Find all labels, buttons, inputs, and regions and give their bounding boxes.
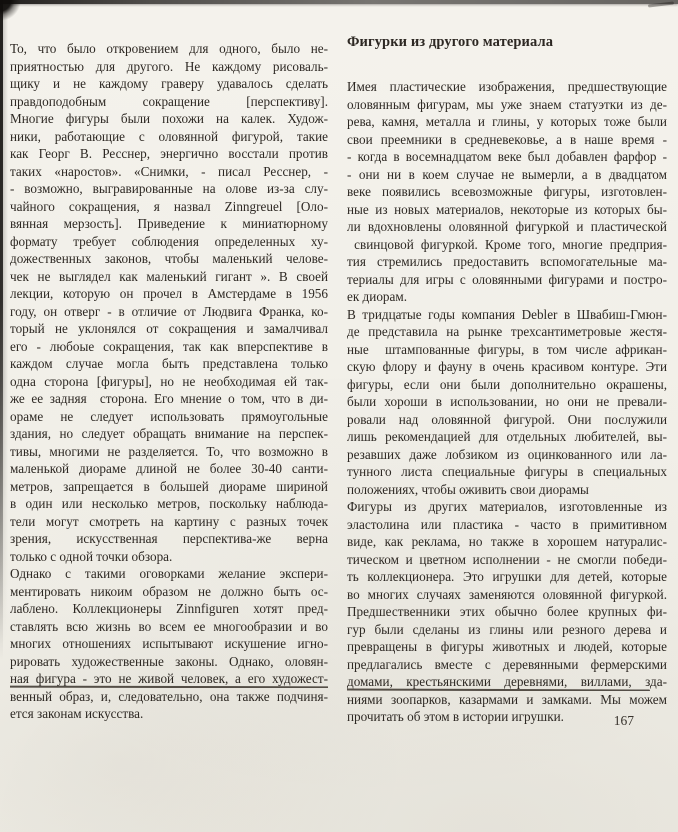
text-line: ровали над оловянной фигурой. Они послуж… xyxy=(347,411,667,429)
text-line: веке появились всевозможные фигуры, изго… xyxy=(347,183,667,201)
binding-shadow-left xyxy=(0,0,3,750)
text-line: де представила на рынке трехсантиметровы… xyxy=(347,323,667,341)
text-line: тия стремились предоставить вспомогатель… xyxy=(347,253,667,271)
text-line: щику и не каждому граверу удавалось сдел… xyxy=(10,75,328,93)
text-line: резавших даже лобзиком из оцинкованного … xyxy=(347,446,667,464)
text-line: ставлять всю жизнь во всем ее многообраз… xyxy=(10,618,328,636)
text-line: свинцовой фигуркой. Кроме того, многие п… xyxy=(347,236,667,254)
text-line: здания, но следует обращать внимание на … xyxy=(10,425,328,443)
text-line: ментировать никоим образом не должно быт… xyxy=(10,583,328,601)
text-line: его - любоые сокращения, так как вперспе… xyxy=(10,338,328,356)
text-line: лекции, которую он прочел в Амстердаме в… xyxy=(10,285,328,303)
text-line: дожественных законов, чтобы маленький че… xyxy=(10,250,328,268)
text-line: Многие фигуры были похожи на калек. Худо… xyxy=(10,110,328,128)
text-line: скую флору и фауну в очень красивом конт… xyxy=(347,358,667,376)
text-line: во многих случаях заменяются оловянной ф… xyxy=(347,586,667,604)
text-line: - когда в восемнадцатом веке был добавле… xyxy=(347,148,667,166)
text-line: многих отношениях испытывают искушение и… xyxy=(10,635,328,653)
book-page: То, что было откровением для одного, был… xyxy=(0,0,678,832)
text-line: только с одной точки обзора. xyxy=(10,548,328,566)
paragraph: Однако с такими оговорками желание экспе… xyxy=(10,565,328,723)
text-line: В тридцатые годы компания Debler в Шваби… xyxy=(347,306,667,324)
text-line: лаблено. Коллекционеры Zinnfiguren хотят… xyxy=(10,600,328,618)
text-line: То, что было откровением для одного, был… xyxy=(10,40,328,58)
text-line: одна сторона [фигуры], но не необходимая… xyxy=(10,373,328,391)
text-line: - они ни в коем случае не вымерли, а в д… xyxy=(347,166,667,184)
paragraph: Имея пластические изображения, предшеств… xyxy=(347,78,667,306)
text-line: предлагались вместе с деревянными фермер… xyxy=(347,656,667,674)
text-line: ораме не следует использовать прямоуголь… xyxy=(10,408,328,426)
text-line: году, он отверг - в отличие от Людвига Ф… xyxy=(10,303,328,321)
page-edge-top-shadow xyxy=(0,0,678,4)
text-line: зрения, искусственная перспектива-же вер… xyxy=(10,530,328,548)
pen-underlined-text-line: домами, крестьянскими деревнями, виллами… xyxy=(347,673,667,691)
text-line: в один или несколько метров, поскольку н… xyxy=(10,495,328,513)
text-line: таких «наростов». «Снимки, - писал Рессн… xyxy=(10,163,328,181)
text-line: метров, запрещается в большей диораме ши… xyxy=(10,478,328,496)
text-line: ные штампованные фигуры, в том числе афр… xyxy=(347,341,667,359)
text-line: Однако с такими оговорками желание экспе… xyxy=(10,565,328,583)
page-corner-top-left-shadow xyxy=(0,0,32,32)
text-line: ные из новых материалов, некоторые из ко… xyxy=(347,201,667,219)
right-column-body: Имея пластические изображения, предшеств… xyxy=(347,78,667,726)
text-line: - возможно, выгравированные на олове из-… xyxy=(10,180,328,198)
text-line: ли вдохновлены оловянной фигуркой и плас… xyxy=(347,218,667,236)
paragraph: Фигуры из других материалов, изготовленн… xyxy=(347,498,667,726)
text-line: рировать художественные законы. Однако, … xyxy=(10,653,328,671)
text-line: ники, работающие с оловянной фигурой, та… xyxy=(10,128,328,146)
text-line: тунного листа специальные фигуры в специ… xyxy=(347,463,667,481)
paragraph: То, что было откровением для одного, был… xyxy=(10,40,328,565)
text-line: чайного сокращения, я назвал Zinngreuel … xyxy=(10,198,328,216)
text-line: териалы для игры с оловянными фигурами и… xyxy=(347,271,667,289)
text-line: приятностью для другого. Не каждому рисо… xyxy=(10,58,328,76)
text-line: ниями зоопарков, казармами и замками. Мы… xyxy=(347,691,667,709)
text-line: Предшественники этих обычно более крупны… xyxy=(347,603,667,621)
text-line: же ее задняя сторона. Его мнение о том, … xyxy=(10,390,328,408)
text-line: эластолина или пластика - часто в примит… xyxy=(347,516,667,534)
section-heading: Фигурки из другого материала xyxy=(347,33,667,51)
text-line: ется законам искусства. xyxy=(10,705,328,723)
text-line: венный образ, и, следовательно, она такж… xyxy=(10,688,328,706)
text-line: как Георг В. Ресснер, энергично восстали… xyxy=(10,145,328,163)
text-line: чек не выглядел как маленький гигант ». … xyxy=(10,268,328,286)
pen-underlined-text-line: ная фигура - это не живой человек, а его… xyxy=(10,670,328,688)
text-line: тическом и цветном исполнении - не смогл… xyxy=(347,551,667,569)
text-line: торый не уклонялся от сокращения и замал… xyxy=(10,320,328,338)
text-line: были хороши в использовании, но они не п… xyxy=(347,393,667,411)
text-line: гур были сделаны из глины или резного де… xyxy=(347,621,667,639)
page-number: 167 xyxy=(614,712,634,729)
text-line: свои преемники в средневековье, а в наше… xyxy=(347,131,667,149)
text-line: лишь рекомендацией для отдельных любител… xyxy=(347,428,667,446)
text-line: правдоподобным сокращение [перспективу]. xyxy=(10,93,328,111)
text-line: Фигуры из других материалов, изготовленн… xyxy=(347,498,667,516)
left-text-column: То, что было откровением для одного, был… xyxy=(10,40,328,723)
text-line: маленькой диораме длиной не более 30-40 … xyxy=(10,460,328,478)
text-line: тивы, многими не разделяется. То, что во… xyxy=(10,443,328,461)
text-line: каждом случае могла быть представлена то… xyxy=(10,355,328,373)
text-line: тели могут смотреть на картину с разных … xyxy=(10,513,328,531)
text-line: оловянным фигурам, мы уже знаем статуэтк… xyxy=(347,96,667,114)
text-line: ть коллекционера. Это игрушки для детей,… xyxy=(347,568,667,586)
text-line: виде, как реклама, но также в хорошем на… xyxy=(347,533,667,551)
text-line: ек диорам. xyxy=(347,288,667,306)
text-line: положениях, чтобы оживить свои диорамы xyxy=(347,481,667,499)
text-line: Имея пластические изображения, предшеств… xyxy=(347,78,667,96)
right-text-column: Фигурки из другого материала Имея пласти… xyxy=(347,33,667,726)
text-line: превращены в фигуры животных и людей, ко… xyxy=(347,638,667,656)
text-line: формату требует соблюдения определенных … xyxy=(10,233,328,251)
paragraph: В тридцатые годы компания Debler в Шваби… xyxy=(347,306,667,499)
text-line: фигуры, если они были дополнительно окра… xyxy=(347,376,667,394)
text-line: вянная мерзость]. Приведение к миниатюрн… xyxy=(10,215,328,233)
text-line: рева, камня, металла и глины, у которых … xyxy=(347,113,667,131)
